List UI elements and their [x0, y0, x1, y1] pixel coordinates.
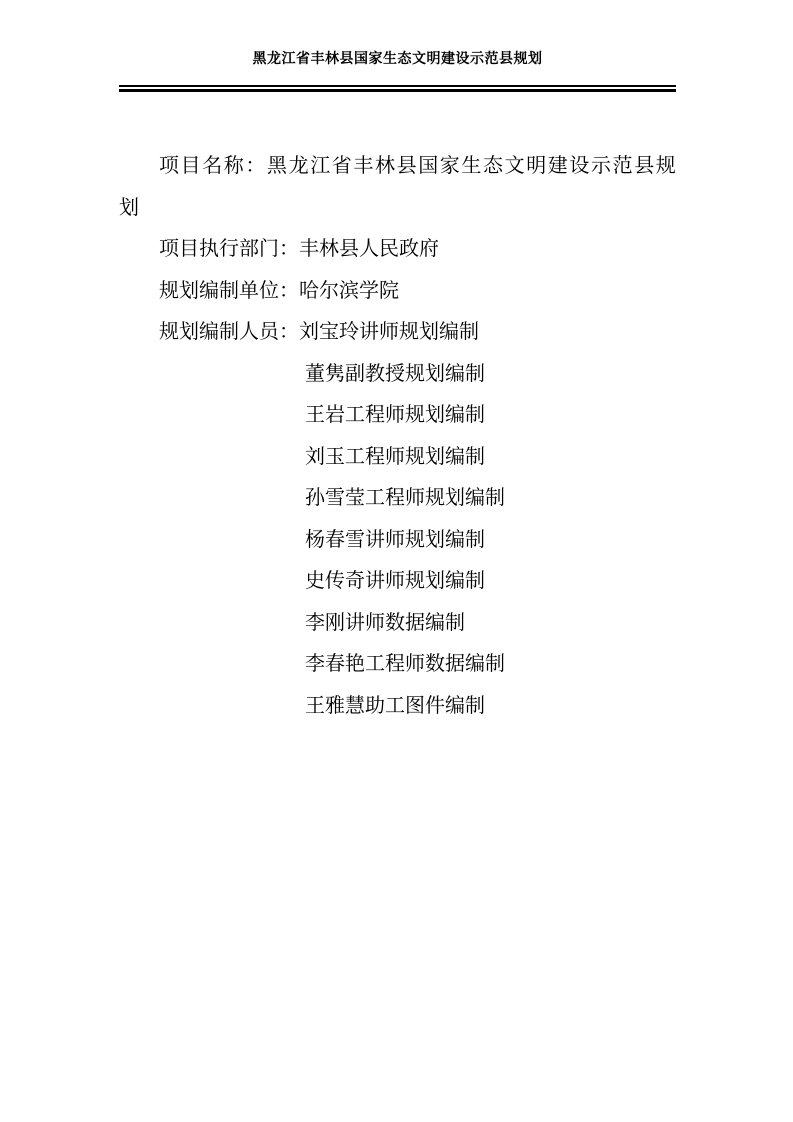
planning-unit-label: 规划编制单位： — [159, 280, 299, 302]
planning-staff-label: 规划编制人员： — [159, 321, 299, 343]
document-body: 项目名称：黑龙江省丰林县国家生态文明建设示范县规 划 项目执行部门：丰林县人民政… — [119, 146, 676, 727]
staff-member-line: 孙雪莹工程师规划编制 — [119, 478, 676, 520]
project-name-line1: 项目名称：黑龙江省丰林县国家生态文明建设示范县规 — [119, 146, 676, 188]
staff-member-line: 王雅慧助工图件编制 — [119, 686, 676, 728]
staff-member-line: 史传奇讲师规划编制 — [119, 561, 676, 603]
project-name-line2: 划 — [119, 188, 676, 230]
planning-unit-value: 哈尔滨学院 — [299, 280, 399, 302]
field-planning-staff: 规划编制人员：刘宝玲讲师规划编制 — [119, 312, 676, 354]
field-planning-unit: 规划编制单位：哈尔滨学院 — [119, 271, 676, 313]
staff-member-line: 董隽副教授规划编制 — [119, 354, 676, 396]
document-page: 黑龙江省丰林县国家生态文明建设示范县规划 项目名称：黑龙江省丰林县国家生态文明建… — [0, 0, 793, 1122]
executing-department-label: 项目执行部门： — [159, 238, 299, 260]
header-divider — [119, 85, 676, 92]
staff-member-line: 刘玉工程师规划编制 — [119, 437, 676, 479]
page-header: 黑龙江省丰林县国家生态文明建设示范县规划 — [119, 48, 676, 92]
staff-member-line: 李刚讲师数据编制 — [119, 603, 676, 645]
field-executing-department: 项目执行部门：丰林县人民政府 — [119, 229, 676, 271]
executing-department-value: 丰林县人民政府 — [299, 238, 439, 260]
staff-member-line: 王岩工程师规划编制 — [119, 395, 676, 437]
staff-member-line: 李春艳工程师数据编制 — [119, 644, 676, 686]
header-title: 黑龙江省丰林县国家生态文明建设示范县规划 — [119, 48, 676, 68]
staff-member-line: 刘宝玲讲师规划编制 — [299, 321, 479, 343]
staff-member-line: 杨春雪讲师规划编制 — [119, 520, 676, 562]
